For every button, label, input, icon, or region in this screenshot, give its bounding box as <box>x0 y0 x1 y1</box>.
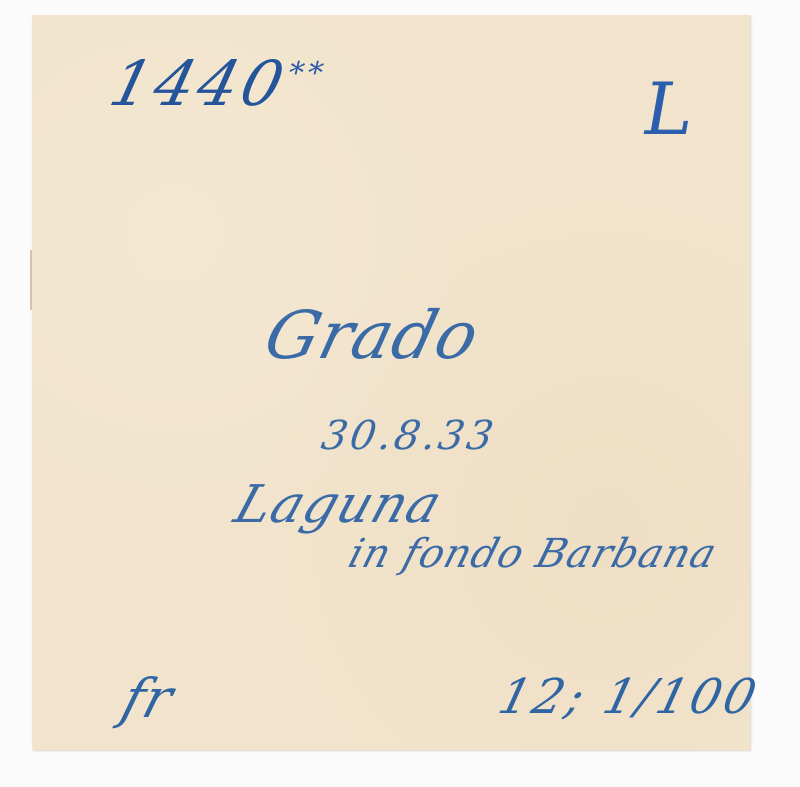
catalog-number: 1440** <box>103 47 333 120</box>
locality: Grado <box>257 297 487 374</box>
catalog-number-text: 1440 <box>103 47 295 120</box>
collection-date: 30.8.33 <box>318 413 500 459</box>
specimen-label-paper: 1440** L Grado 30.8.33 Laguna in fondo B… <box>32 15 750 750</box>
paper-fold-edge <box>30 250 32 310</box>
sheet-letter: L <box>637 67 701 151</box>
quantity-note: 12; 1/100 <box>493 669 765 725</box>
collector-initials: fr <box>115 667 181 730</box>
habitat-line-2: in fondo Barbana <box>343 531 722 577</box>
star-marks-icon: ** <box>284 56 331 91</box>
habitat-line-1: Laguna <box>227 475 449 535</box>
